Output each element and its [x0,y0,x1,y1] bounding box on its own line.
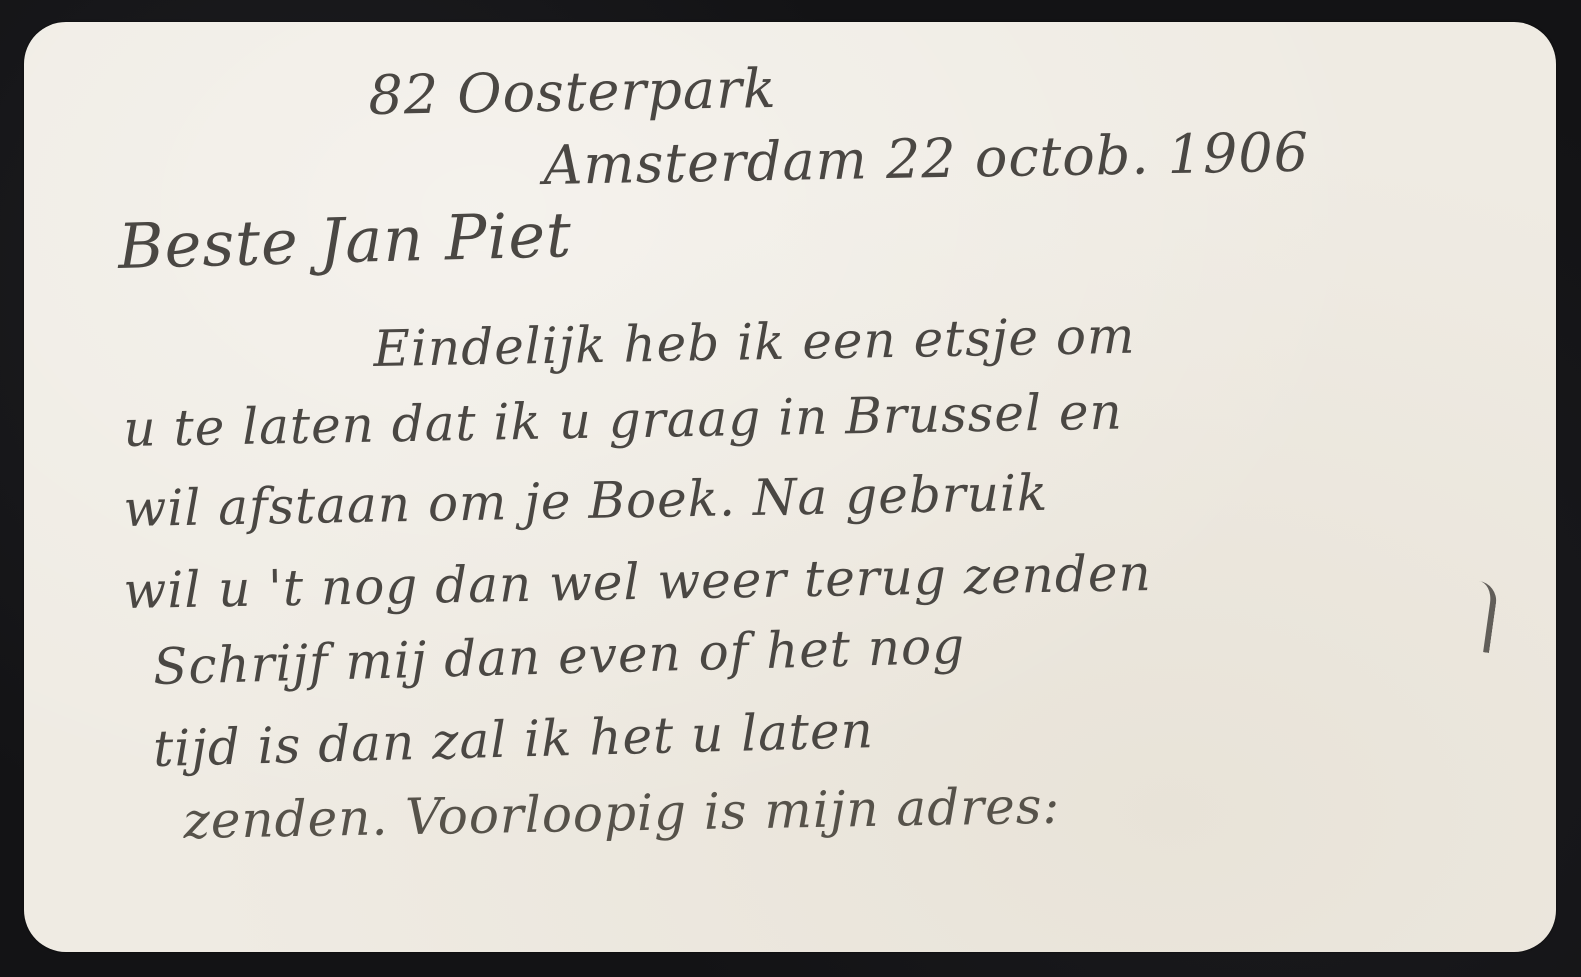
salutation: Beste Jan Piet [117,198,573,283]
ink-flourish [1469,581,1499,653]
body-line-4: wil u 't nog dan wel weer terug zenden [123,544,1152,620]
body-line-3: wil afstaan om je Boek. Na gebruik [123,464,1049,538]
body-line-7: zenden. Voorloopig is mijn adres: [183,777,1061,850]
place-and-date: Amsterdam 22 octob. 1906 [543,121,1310,197]
body-line-6: tijd is dan zal ik het u laten [152,701,874,778]
letter-card: 82 Oosterpark Amsterdam 22 octob. 1906 B… [24,22,1556,952]
body-line-5: Schrijf mij dan even of het nog [152,617,965,696]
body-line-2: u te laten dat ik u graag in Brussel en [123,383,1123,458]
body-line-1: Eindelijk heb ik een etsje om [373,307,1136,378]
sender-address: 82 Oosterpark [368,57,777,127]
